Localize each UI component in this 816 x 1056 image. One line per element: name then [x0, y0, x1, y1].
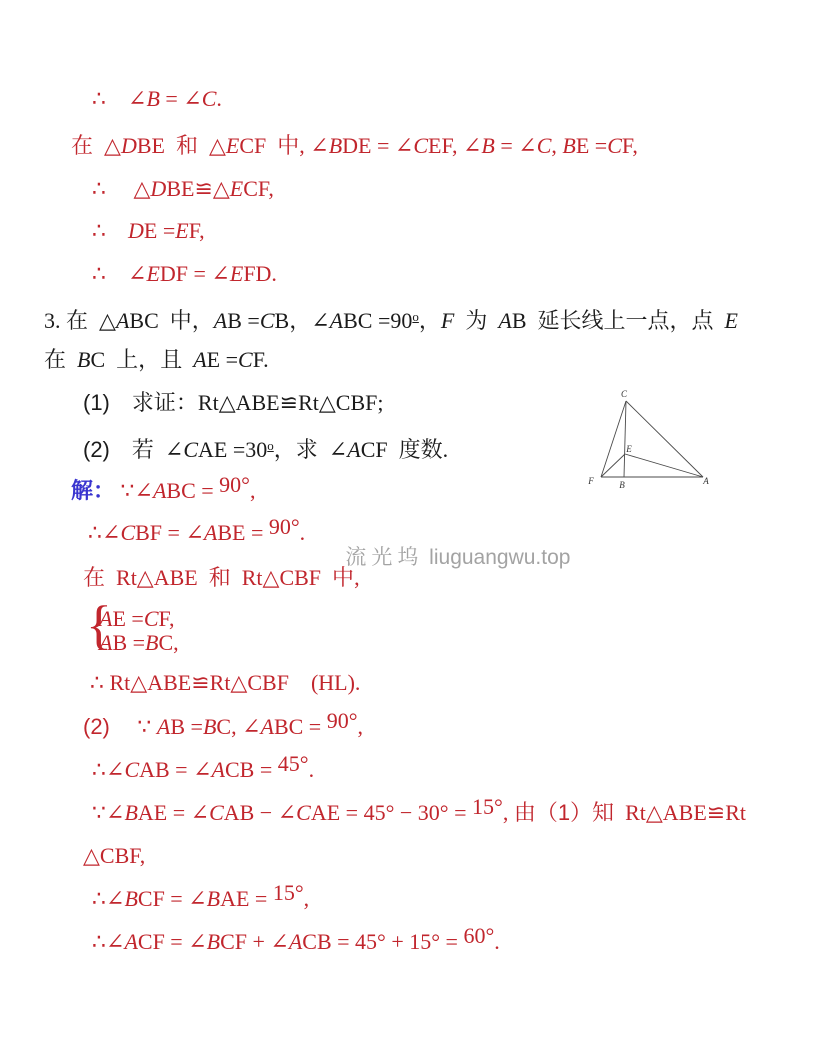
vertex-label-b: B — [619, 480, 625, 490]
vertex-label-a: A — [702, 476, 709, 486]
watermark-cn: 流光坞 — [345, 546, 423, 569]
solution-start-angle-abc-90: 解： ∵∠ABC = 90°, — [71, 476, 255, 506]
prev-proof-congruence: ∴ △DBE≌△ECF, — [92, 174, 274, 204]
watermark-url: liuguangwu.top — [423, 546, 570, 569]
vertex-label-c: C — [621, 389, 628, 399]
problem-3-statement-line-2: 在 BC 上，且 AE =CF. — [44, 345, 269, 375]
solution-bae-15-wrap: △CBF, — [83, 841, 145, 871]
solution-part2-given: (2) ∵ AB =BC, ∠ABC = 90°, — [83, 712, 363, 742]
vertex-label-e: E — [625, 444, 632, 454]
vertex-label-f: F — [587, 476, 594, 486]
problem-3-part-1: (1) 求证：Rt△ABE≌Rt△CBF; — [83, 388, 383, 418]
solution-angle-cbf-abe-90: ∴∠CBF = ∠ABE = 90°. — [88, 518, 305, 548]
prev-proof-angle-b-equals-c: ∴ ∠B = ∠C. — [92, 84, 222, 114]
solution-congruence-hl: ∴ Rt△ABE≌Rt△CBF (HL). — [90, 668, 360, 698]
problem-3-part-2: (2) 若 ∠CAE =30o，求 ∠ACF 度数. — [83, 431, 448, 465]
worksheet-page: ∴ ∠B = ∠C.在 △DBE 和 △ECF 中, ∠BDE = ∠CEF, … — [0, 0, 816, 1056]
solution-in-rt-triangles: 在 Rt△ABE 和 Rt△CBF 中, — [83, 563, 360, 593]
problem-3-statement-line-1: 3. 在 △ABC 中，AB =CB，∠ABC =90o，F 为 AB 延长线上… — [44, 302, 738, 336]
watermark: 流光坞 liuguangwu.top — [322, 517, 570, 595]
solution-cab-acb-45: ∴∠CAB = ∠ACB = 45°. — [92, 755, 314, 785]
prev-proof-in-triangles-dbe-ecf: 在 △DBE 和 △ECF 中, ∠BDE = ∠CEF, ∠B = ∠C, B… — [71, 131, 638, 161]
triangle-abc-figure: CFBAE — [580, 386, 720, 491]
solution-bcf-15: ∴∠BCF = ∠BAE = 15°, — [92, 884, 309, 914]
system-brace: { — [86, 598, 112, 652]
prev-proof-de-equals-ef: ∴ DE =EF, — [92, 216, 205, 246]
prev-proof-angle-edf-equals-efd: ∴ ∠EDF = ∠EFD. — [92, 259, 277, 289]
solution-bae-15: ∵∠BAE = ∠CAB − ∠CAE = 45° − 30° = 15°, 由… — [92, 798, 746, 828]
solution-acf-60: ∴∠ACF = ∠BCF + ∠ACB = 45° + 15° = 60°. — [92, 927, 500, 957]
